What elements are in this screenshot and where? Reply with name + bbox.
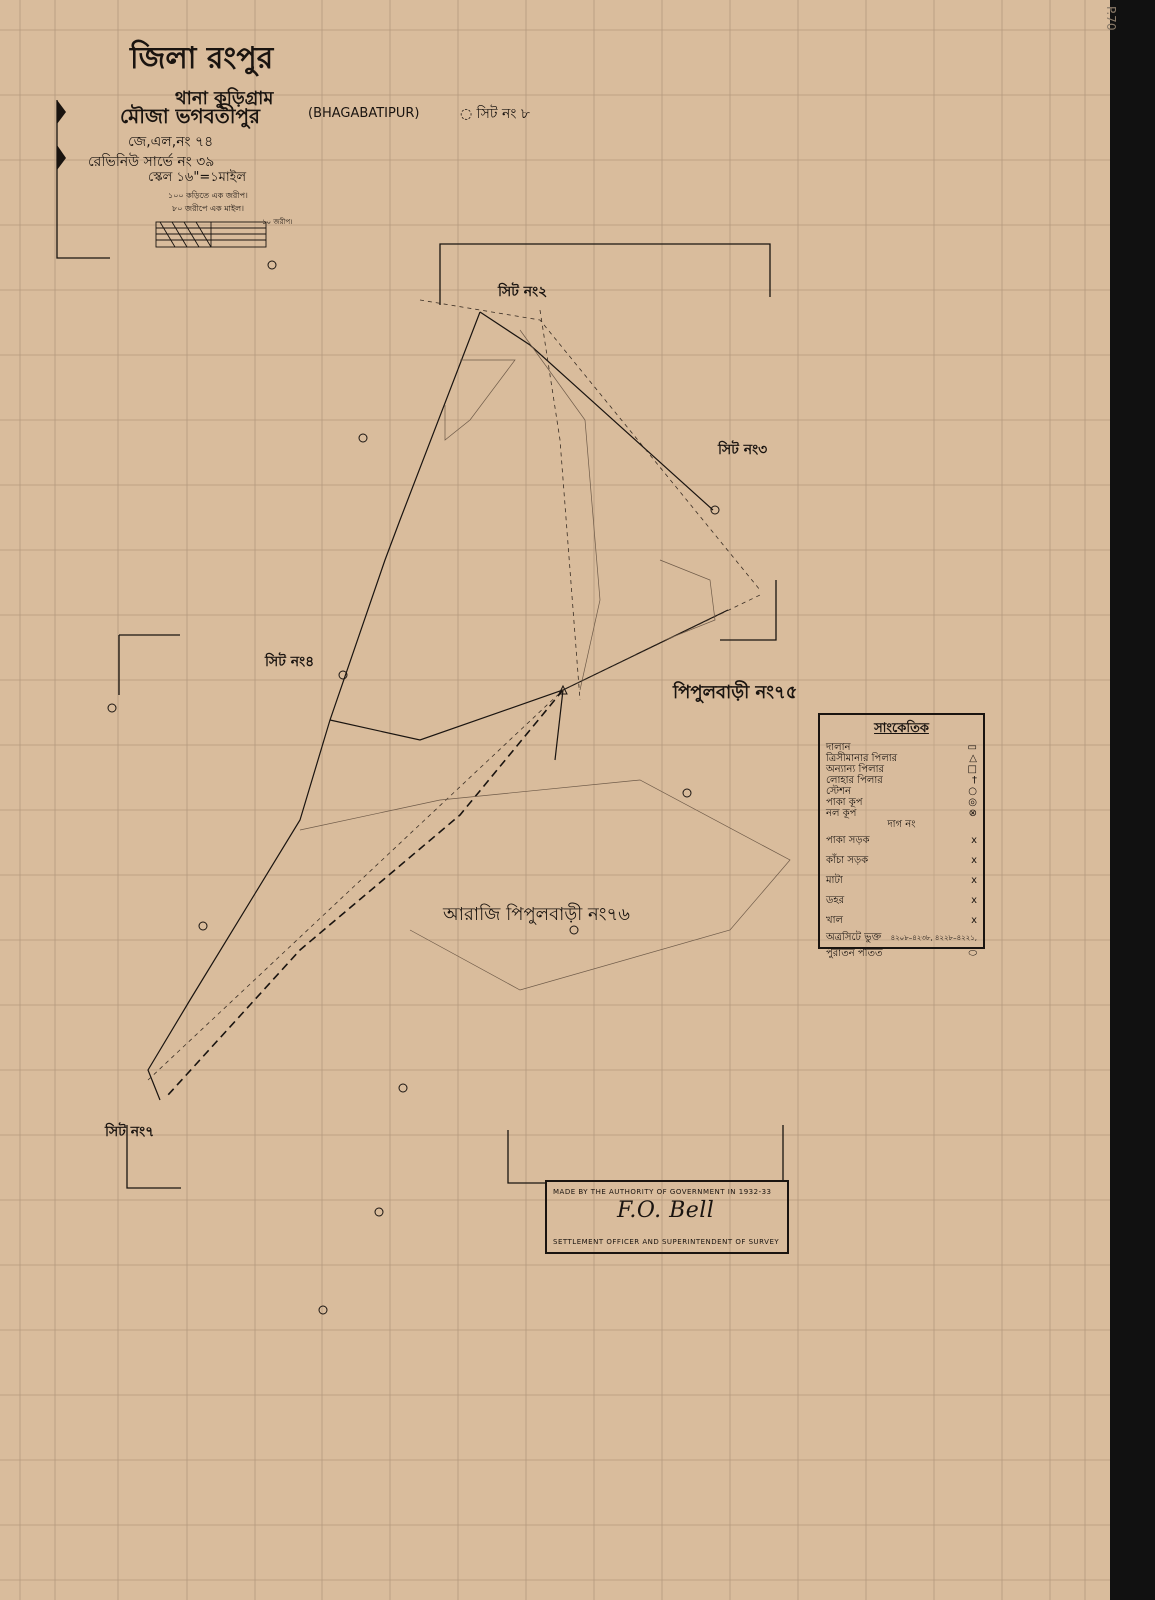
legend-road-row: কাঁচা সড়কx [820, 851, 983, 871]
legend-row: স্টেশন○ [820, 786, 983, 797]
scan-edge [1110, 0, 1155, 1600]
legend-road-row: পাকা সড়কx [820, 831, 983, 851]
page-code: P.70 [1104, 6, 1118, 30]
legend-overlap-row: অত্রসিটে ভুক্ত৪২০৮–৪২৩৮, ৪২২৮–৪২২১, [820, 931, 983, 945]
tubewell-icon: ⊗ [969, 808, 977, 819]
sheet-3-label: সিট নং৩ [718, 438, 767, 462]
building-icon: ▭ [968, 742, 977, 753]
sheet-number: ◌ সিট নং ৮ [460, 102, 530, 126]
legend-subheading: দাগ নং [820, 819, 983, 831]
legend-road-row: ডহরx [820, 891, 983, 911]
legend-old-pond-row: পুরাতন পতিত⬭ [820, 945, 983, 963]
legend-box: সাংকেতিক দালান▭ ত্রিসীমানার পিলার△ অন্যা… [818, 713, 985, 949]
legend-row: অন্যান্য পিলার□ [820, 764, 983, 775]
legend-row: লোহার পিলার† [820, 775, 983, 786]
scale-note-1: ১০০ কড়িতে এক জরীপ। [168, 190, 248, 203]
legend-row: পাকা কূপ◎ [820, 797, 983, 808]
stamp-authority-text: MADE BY THE AUTHORITY OF GOVERNMENT IN 1… [553, 1188, 772, 1196]
map-sheet: জিলা রংপুর থানা কুড়িগ্রাম মৌজা ভগবতীপুর… [0, 0, 1110, 1600]
district-title: জিলা রংপুর [130, 34, 273, 85]
authority-stamp: MADE BY THE AUTHORITY OF GOVERNMENT IN 1… [545, 1180, 789, 1254]
scale-bar-end-label: ১০ জরীপ। [262, 216, 293, 228]
legend-row: ত্রিসীমানার পিলার△ [820, 753, 983, 764]
pipulbari-label: পিপুলবাড়ী নং৭৫ [673, 678, 797, 709]
square-pillar-icon: □ [968, 764, 977, 775]
station-icon: ○ [968, 786, 977, 797]
officer-signature: F.O. Bell [617, 1198, 714, 1223]
legend-row: নল কূপ⊗ [820, 808, 983, 819]
sheet-4-label: সিট নং৪ [265, 650, 314, 674]
well-icon: ◎ [968, 797, 977, 808]
legend-road-row: মাটাx [820, 871, 983, 891]
map-scale: স্কেল ১৬"=১মাইল [148, 168, 246, 189]
triangle-pillar-icon: △ [969, 753, 977, 764]
legend-title: সাংকেতিক [820, 719, 983, 740]
sheet-7-label: সিট নং৭ [105, 1120, 154, 1144]
legend-row: দালান▭ [820, 742, 983, 753]
sheet-2-label: সিট নং২ [498, 280, 547, 304]
legend-road-row: খালx [820, 911, 983, 931]
iron-pillar-icon: † [972, 775, 977, 786]
arazi-pipulbari-label: আরাজি পিপুলবাড়ী নং৭৬ [443, 900, 630, 931]
stamp-officer-title: SETTLEMENT OFFICER AND SUPERINTENDENT OF… [553, 1238, 779, 1246]
scale-note-2: ৮০ জরীপে এক মাইল। [172, 203, 244, 216]
mouza-english: (BHAGABATIPUR) [308, 106, 419, 121]
pond-icon: ⬭ [968, 945, 977, 963]
